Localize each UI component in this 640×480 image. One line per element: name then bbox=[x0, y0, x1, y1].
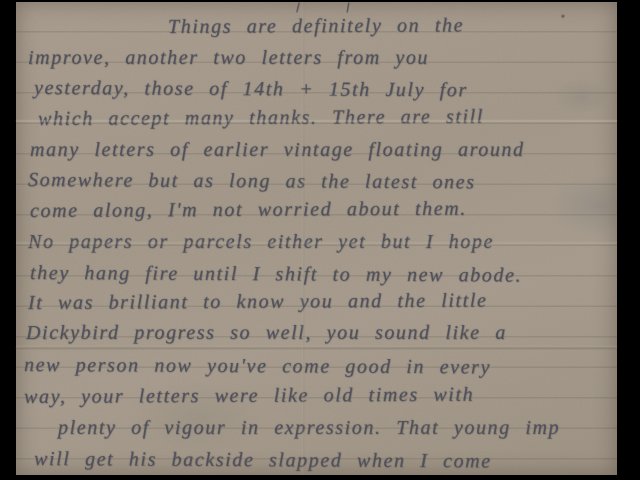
letter-line: yesterday, those of 14th + 15th July for bbox=[34, 75, 468, 103]
letter-page: Things are definitely on theimprove, ano… bbox=[16, 2, 617, 475]
letter-line: way, your letters were like old times wi… bbox=[24, 382, 474, 410]
letter-line: It was brilliant to know you and the lit… bbox=[28, 288, 488, 316]
letter-line: improve, another two letters from you bbox=[28, 45, 429, 71]
letter-line: many letters of earlier vintage floating… bbox=[30, 137, 525, 163]
fold-crease-horizontal bbox=[16, 120, 617, 122]
letter-line: Things are definitely on the bbox=[168, 12, 464, 40]
cutoff-stroke-fragment bbox=[346, 2, 350, 13]
letter-line: new person now you've come good in every bbox=[24, 352, 491, 380]
fold-crease-horizontal bbox=[16, 346, 617, 349]
letter-line: which accept many thanks. There are stil… bbox=[38, 104, 484, 132]
letter-line: plenty of vigour in expression. That you… bbox=[58, 415, 560, 441]
letter-line: will get his backside slapped when I com… bbox=[34, 446, 492, 474]
fold-crease-vertical bbox=[302, 2, 304, 475]
cutoff-stroke-fragment bbox=[296, 2, 301, 13]
fold-crease-horizontal bbox=[16, 242, 617, 244]
letter-line: Somewhere but as long as the latest ones bbox=[28, 167, 476, 195]
letter-line: Dickybird progress so well, you sound li… bbox=[26, 320, 507, 346]
letter-line: they hang fire until I shift to my new a… bbox=[30, 260, 522, 289]
letter-line: come along, I'm not worried about them. bbox=[30, 196, 467, 224]
scanned-letter-photo: Things are definitely on theimprove, ano… bbox=[0, 0, 640, 480]
